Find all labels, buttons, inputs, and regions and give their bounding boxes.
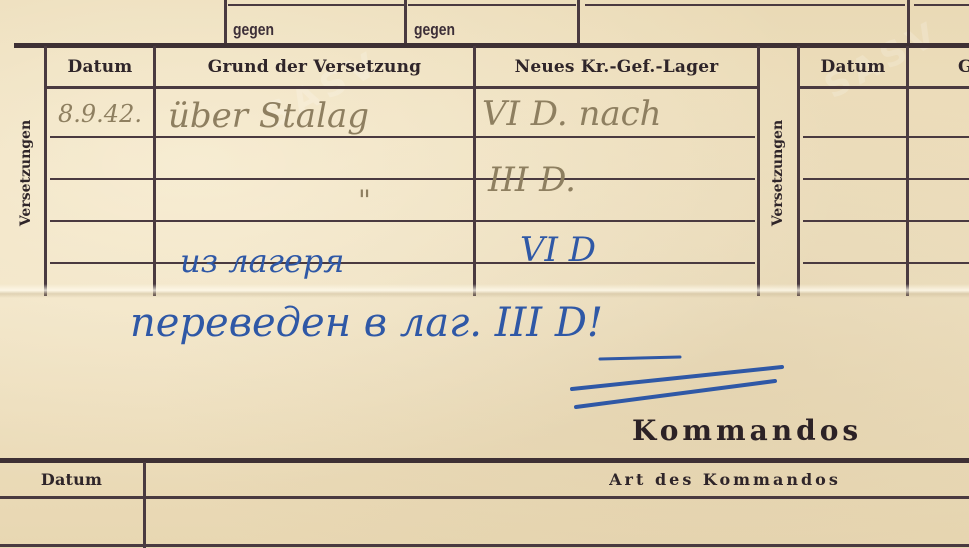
underline-strokes: [560, 355, 800, 415]
column-header-grund: Grund der Versetzung: [156, 57, 473, 77]
column-header-datum-kommandos: Datum: [0, 470, 143, 489]
cell-lager: VI D. nach: [482, 94, 662, 134]
paper-fold: [0, 284, 969, 298]
cell-grund-ink: из лагеря: [180, 242, 344, 280]
side-label-versetzungen-right: Versetzungen: [770, 113, 786, 233]
column-header-datum-right: Datum: [800, 57, 906, 77]
cell-grund-ditto: ": [358, 184, 371, 217]
cell-grund: über Stalag: [168, 96, 369, 136]
column-header-cutoff: G: [958, 57, 969, 77]
cell-lager-ink: VI D: [520, 230, 596, 270]
column-header-lager: Neues Kr.-Gef.-Lager: [476, 57, 757, 77]
side-label-versetzungen: Versetzungen: [18, 113, 34, 233]
gegen-label: gegen: [414, 20, 455, 40]
gegen-label: gegen: [233, 20, 274, 40]
cell-lager: III D.: [488, 160, 576, 200]
note-text: переведен в лаг. III D!: [130, 300, 603, 346]
cell-datum: 8.9.42.: [58, 100, 142, 128]
column-header-datum: Datum: [47, 57, 153, 77]
column-header-art: Art des Kommandos: [580, 470, 870, 489]
kommandos-title: Kommandos: [632, 414, 862, 447]
